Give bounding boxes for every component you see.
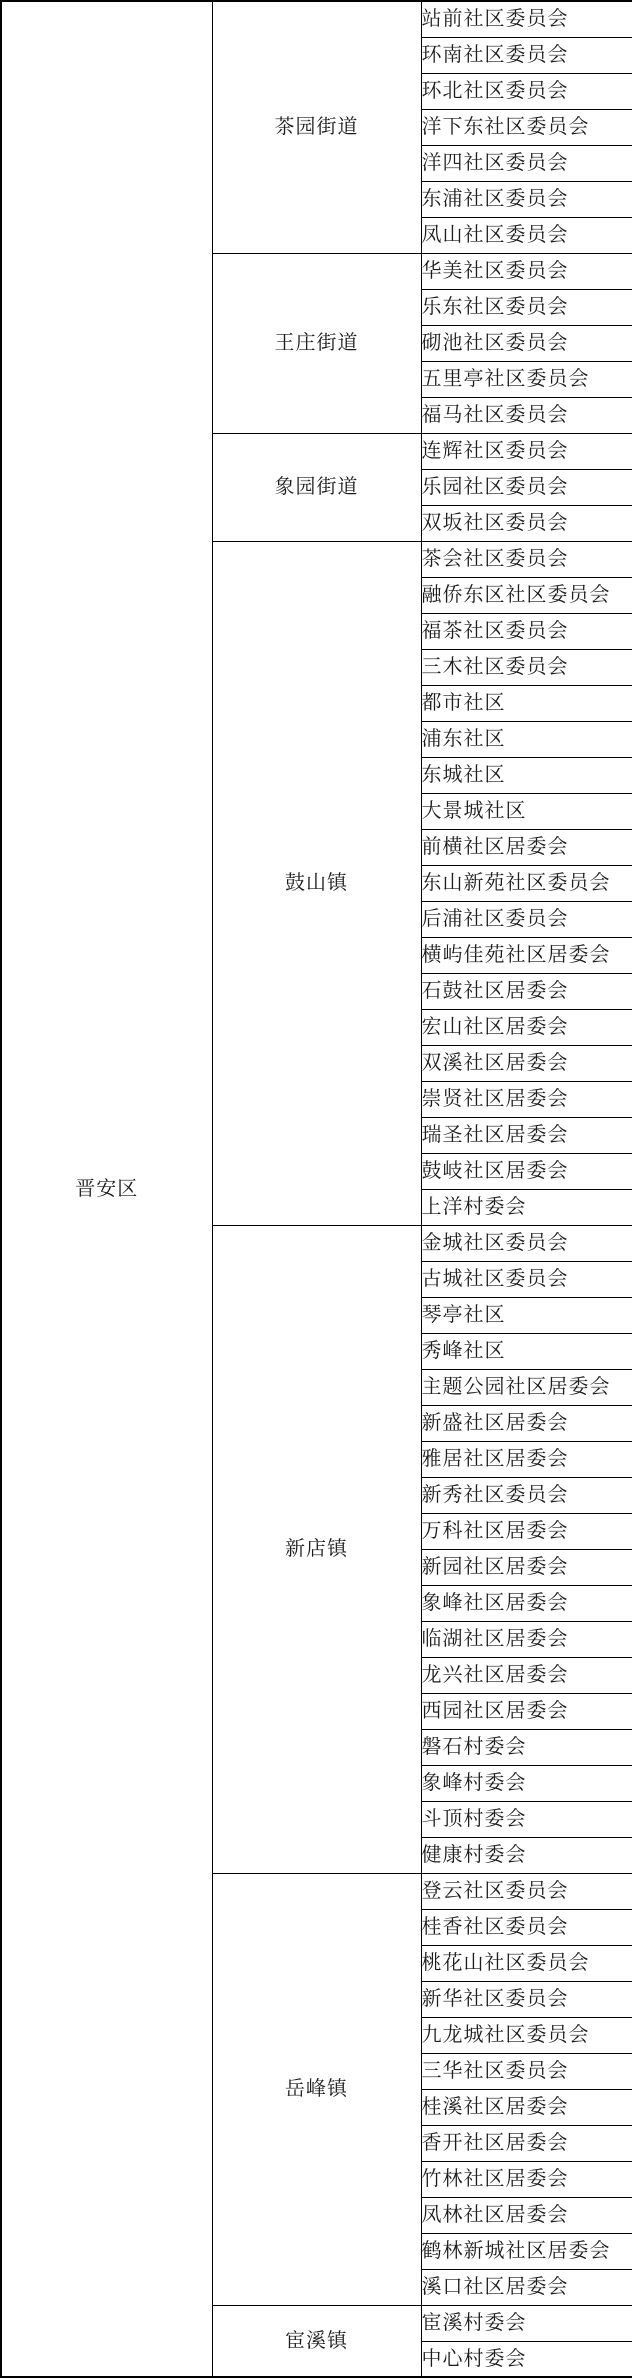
table-body: 晋安区茶园街道站前社区委员会环南社区委员会环北社区委员会洋下东社区委员会洋四社区… bbox=[1, 1, 632, 2377]
community-cell: 临湖社区居委会 bbox=[421, 1621, 632, 1657]
community-cell: 宦溪村委会 bbox=[421, 2305, 632, 2341]
community-cell: 金城社区委员会 bbox=[421, 1225, 632, 1261]
section-cell-4: 新店镇 bbox=[212, 1225, 421, 1873]
community-cell: 新盛社区居委会 bbox=[421, 1405, 632, 1441]
community-cell: 横屿佳苑社区居委会 bbox=[421, 937, 632, 973]
section-cell-0: 茶园街道 bbox=[212, 1, 421, 253]
community-cell: 环南社区委员会 bbox=[421, 37, 632, 73]
community-cell: 万科社区居委会 bbox=[421, 1513, 632, 1549]
community-cell: 站前社区委员会 bbox=[421, 1, 632, 37]
community-cell: 瑞圣社区居委会 bbox=[421, 1117, 632, 1153]
table-row: 晋安区茶园街道站前社区委员会 bbox=[1, 1, 632, 37]
community-cell: 桃花山社区委员会 bbox=[421, 1945, 632, 1981]
community-cell: 鼓岐社区居委会 bbox=[421, 1153, 632, 1189]
community-cell: 象峰社区居委会 bbox=[421, 1585, 632, 1621]
community-cell: 东浦社区委员会 bbox=[421, 181, 632, 217]
community-cell: 福茶社区委员会 bbox=[421, 613, 632, 649]
community-cell: 福马社区委员会 bbox=[421, 397, 632, 433]
section-cell-6: 宦溪镇 bbox=[212, 2305, 421, 2377]
community-cell: 三木社区委员会 bbox=[421, 649, 632, 685]
community-cell: 乐东社区委员会 bbox=[421, 289, 632, 325]
community-cell: 凤山社区委员会 bbox=[421, 217, 632, 253]
district-community-table: 晋安区茶园街道站前社区委员会环南社区委员会环北社区委员会洋下东社区委员会洋四社区… bbox=[0, 0, 632, 2378]
community-cell: 浦东社区 bbox=[421, 721, 632, 757]
community-cell: 桂香社区委员会 bbox=[421, 1909, 632, 1945]
community-cell: 健康村委会 bbox=[421, 1837, 632, 1873]
community-cell: 融侨东区社区委员会 bbox=[421, 577, 632, 613]
community-cell: 上洋村委会 bbox=[421, 1189, 632, 1225]
community-cell: 雅居社区居委会 bbox=[421, 1441, 632, 1477]
community-cell: 秀峰社区 bbox=[421, 1333, 632, 1369]
community-cell: 新华社区委员会 bbox=[421, 1981, 632, 2017]
community-cell: 五里亭社区委员会 bbox=[421, 361, 632, 397]
community-cell: 都市社区 bbox=[421, 685, 632, 721]
community-cell: 华美社区委员会 bbox=[421, 253, 632, 289]
community-cell: 鹤林新城社区居委会 bbox=[421, 2233, 632, 2269]
district-community-page: 晋安区茶园街道站前社区委员会环南社区委员会环北社区委员会洋下东社区委员会洋四社区… bbox=[0, 0, 632, 2378]
community-cell: 洋四社区委员会 bbox=[421, 145, 632, 181]
community-cell: 双溪社区居委会 bbox=[421, 1045, 632, 1081]
community-cell: 三华社区委员会 bbox=[421, 2053, 632, 2089]
community-cell: 宏山社区居委会 bbox=[421, 1009, 632, 1045]
community-cell: 茶会社区委员会 bbox=[421, 541, 632, 577]
community-cell: 石鼓社区居委会 bbox=[421, 973, 632, 1009]
community-cell: 崇贤社区居委会 bbox=[421, 1081, 632, 1117]
community-cell: 九龙城社区委员会 bbox=[421, 2017, 632, 2053]
community-cell: 砌池社区委员会 bbox=[421, 325, 632, 361]
community-cell: 东城社区 bbox=[421, 757, 632, 793]
community-cell: 龙兴社区居委会 bbox=[421, 1657, 632, 1693]
community-cell: 新秀社区委员会 bbox=[421, 1477, 632, 1513]
section-cell-2: 象园街道 bbox=[212, 433, 421, 541]
section-cell-1: 王庄街道 bbox=[212, 253, 421, 433]
community-cell: 凤林社区居委会 bbox=[421, 2197, 632, 2233]
section-cell-3: 鼓山镇 bbox=[212, 541, 421, 1225]
community-cell: 象峰村委会 bbox=[421, 1765, 632, 1801]
community-cell: 古城社区委员会 bbox=[421, 1261, 632, 1297]
community-cell: 连辉社区委员会 bbox=[421, 433, 632, 469]
community-cell: 双坂社区委员会 bbox=[421, 505, 632, 541]
community-cell: 琴亭社区 bbox=[421, 1297, 632, 1333]
community-cell: 乐园社区委员会 bbox=[421, 469, 632, 505]
district-cell: 晋安区 bbox=[1, 1, 212, 2377]
community-cell: 西园社区居委会 bbox=[421, 1693, 632, 1729]
community-cell: 磐石村委会 bbox=[421, 1729, 632, 1765]
community-cell: 香开社区居委会 bbox=[421, 2125, 632, 2161]
section-cell-5: 岳峰镇 bbox=[212, 1873, 421, 2305]
community-cell: 新园社区居委会 bbox=[421, 1549, 632, 1585]
community-cell: 竹林社区居委会 bbox=[421, 2161, 632, 2197]
community-cell: 登云社区委员会 bbox=[421, 1873, 632, 1909]
community-cell: 东山新苑社区委员会 bbox=[421, 865, 632, 901]
community-cell: 前横社区居委会 bbox=[421, 829, 632, 865]
community-cell: 溪口社区居委会 bbox=[421, 2269, 632, 2305]
community-cell: 洋下东社区委员会 bbox=[421, 109, 632, 145]
community-cell: 后浦社区委员会 bbox=[421, 901, 632, 937]
community-cell: 桂溪社区居委会 bbox=[421, 2089, 632, 2125]
community-cell: 大景城社区 bbox=[421, 793, 632, 829]
community-cell: 斗顶村委会 bbox=[421, 1801, 632, 1837]
community-cell: 主题公园社区居委会 bbox=[421, 1369, 632, 1405]
community-cell: 环北社区委员会 bbox=[421, 73, 632, 109]
community-cell: 中心村委会 bbox=[421, 2341, 632, 2377]
